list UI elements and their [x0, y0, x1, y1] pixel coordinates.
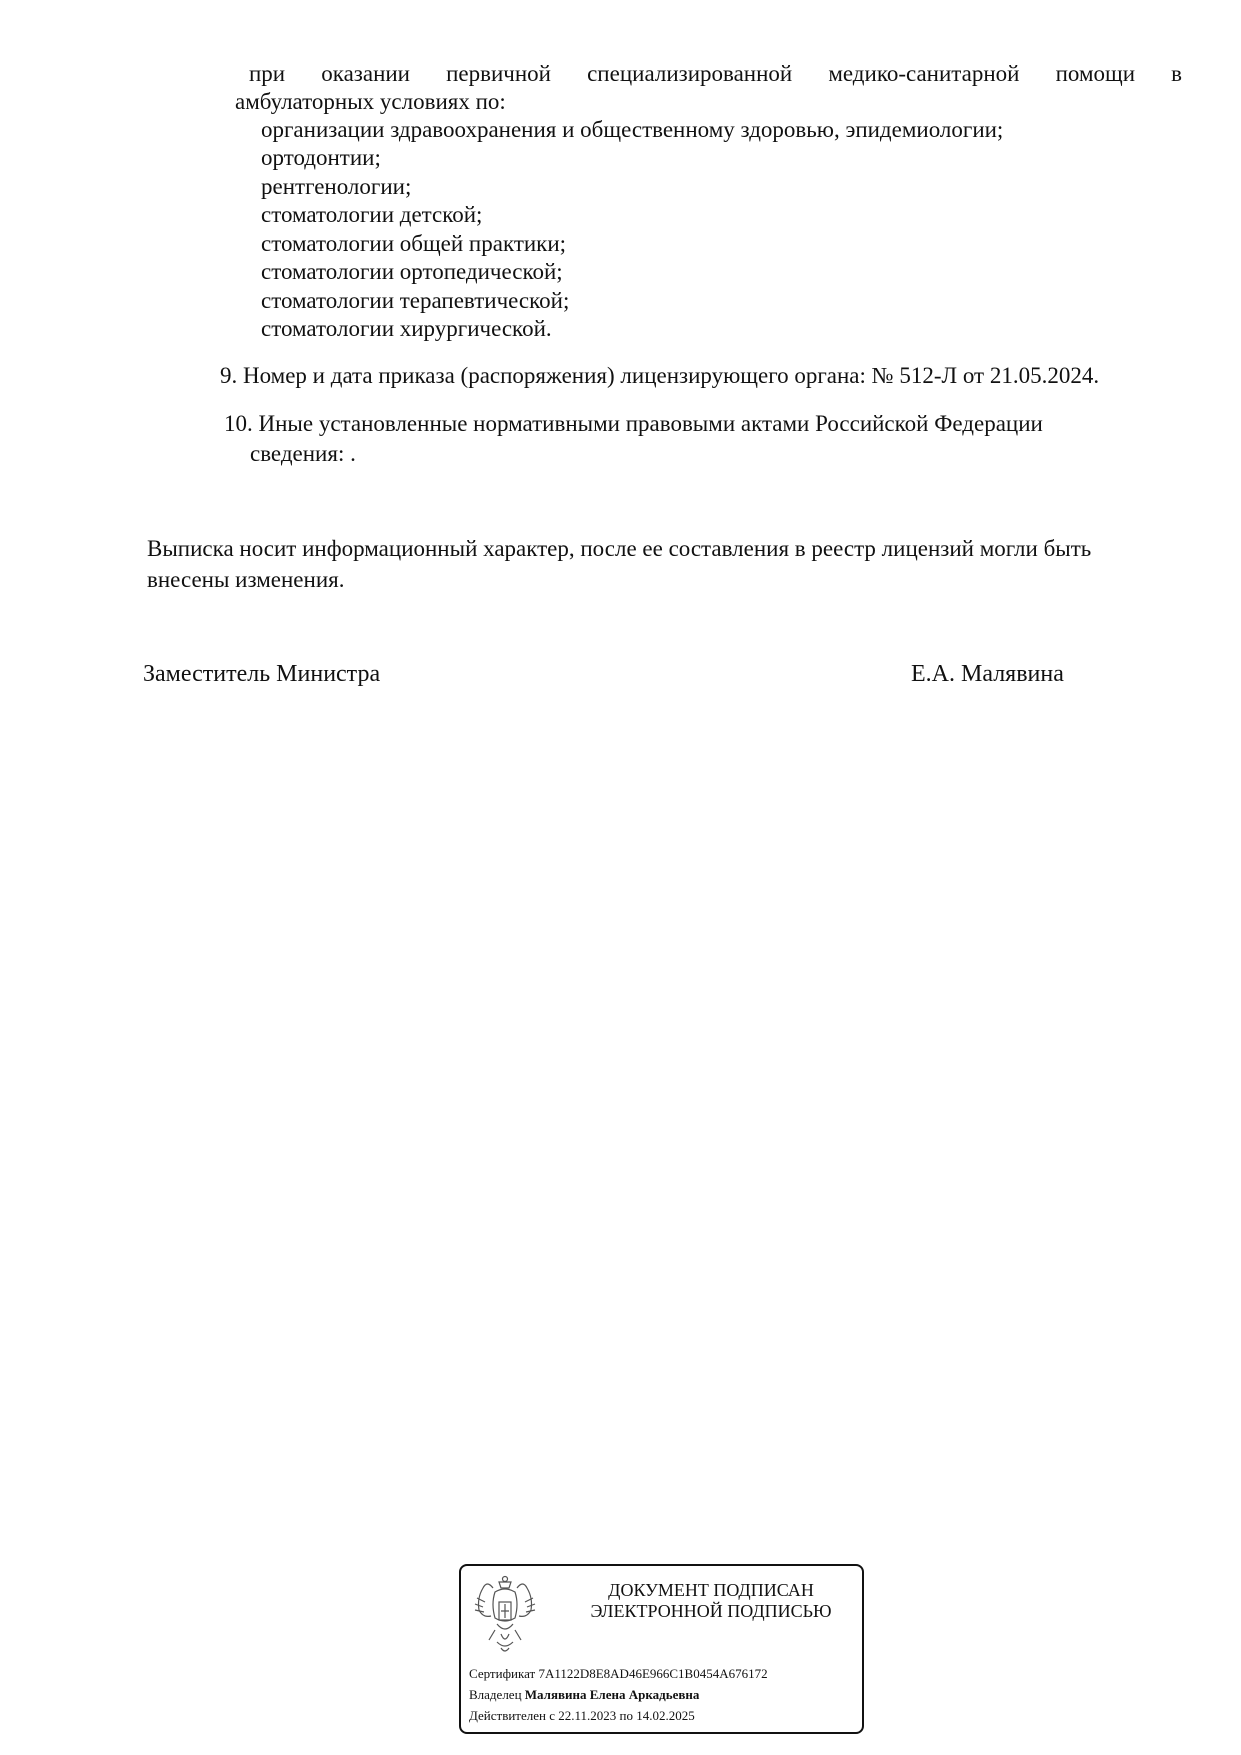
service-item: стоматологии терапевтической;: [261, 287, 569, 315]
russian-coat-of-arms-icon: [473, 1574, 537, 1656]
service-item: стоматологии детской;: [261, 201, 482, 229]
certificate-label: Сертификат: [469, 1666, 535, 1681]
certificate-value: 7A1122D8E8AD46E966C1B0454A676172: [538, 1666, 767, 1681]
stamp-validity: Действителен с 22.11.2023 по 14.02.2025: [469, 1708, 695, 1724]
item-9-order-number: 9. Номер и дата приказа (распоряжения) л…: [220, 362, 1099, 390]
item-10-line-1: 10. Иные установленные нормативными прав…: [224, 410, 1043, 438]
service-item: рентгенологии;: [261, 173, 411, 201]
service-item: ортодонтии;: [261, 144, 381, 172]
notice-line-2: внесены изменения.: [147, 566, 344, 594]
stamp-title-line-2: ЭЛЕКТРОННОЙ ПОДПИСЬЮ: [561, 1601, 861, 1622]
service-item: стоматологии хирургической.: [261, 315, 552, 343]
owner-value: Малявина Елена Аркадьевна: [525, 1687, 700, 1702]
service-item: стоматологии общей практики;: [261, 230, 566, 258]
service-item: организации здравоохранения и общественн…: [261, 116, 1003, 144]
intro-line-2: амбулаторных условиях по:: [235, 88, 506, 116]
stamp-title-line-1: ДОКУМЕНТ ПОДПИСАН: [561, 1580, 861, 1601]
stamp-title: ДОКУМЕНТ ПОДПИСАН ЭЛЕКТРОННОЙ ПОДПИСЬЮ: [561, 1580, 861, 1622]
service-item: стоматологии ортопедической;: [261, 258, 563, 286]
notice-line-1: Выписка носит информационный характер, п…: [147, 535, 1091, 563]
stamp-owner: Владелец Малявина Елена Аркадьевна: [469, 1687, 699, 1703]
signer-position: Заместитель Министра: [143, 660, 380, 688]
intro-line-1: при оказании первичной специализированно…: [249, 60, 1182, 88]
owner-label: Владелец: [469, 1687, 522, 1702]
stamp-certificate: Сертификат 7A1122D8E8AD46E966C1B0454A676…: [469, 1666, 768, 1682]
electronic-signature-stamp: ДОКУМЕНТ ПОДПИСАН ЭЛЕКТРОННОЙ ПОДПИСЬЮ С…: [459, 1564, 864, 1734]
item-10-line-2: сведения: .: [250, 440, 356, 468]
signer-name: Е.А. Малявина: [911, 660, 1064, 688]
